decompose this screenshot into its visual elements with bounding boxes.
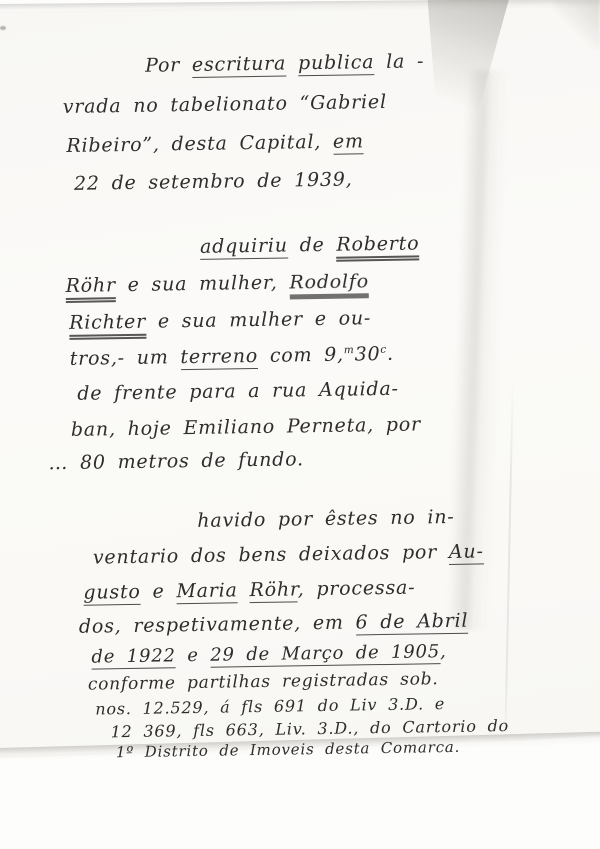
text-segment: havido por êstes no in- xyxy=(197,506,455,532)
underlined-text: publica xyxy=(298,51,375,76)
underlined-text: Rodolfo xyxy=(289,270,369,299)
text-segment: ban, hoje Emiliano Perneta, por xyxy=(71,413,421,440)
handwritten-line: 22 de setembro de 1939, xyxy=(74,165,543,210)
text-segment: Por xyxy=(145,54,192,77)
text-segment: com 9, xyxy=(258,344,344,367)
handwritten-line: havido por êstes no in- xyxy=(197,504,548,544)
underlined-text: Maria xyxy=(176,579,238,604)
text-segment: e xyxy=(176,645,211,667)
text-segment: . xyxy=(387,343,394,365)
underlined-text: adquiriu xyxy=(200,234,288,259)
text-segment: e sua mulher e ou- xyxy=(146,307,372,333)
paper-speck xyxy=(0,26,6,30)
text-segment: , xyxy=(440,641,447,662)
underlined-text: em xyxy=(333,130,364,154)
underlined-text: 29 de Março de 1905 xyxy=(210,641,440,668)
paragraph: havido por êstes no in-ventario dos bens… xyxy=(69,504,551,765)
text-segment: 30 xyxy=(354,343,380,365)
paragraph: Por escritura publica la -vrada no tabel… xyxy=(62,48,542,210)
paragraph: adquiriu de RobertoRöhr e sua mulher, Ro… xyxy=(65,230,547,480)
underlined-text: Roberto xyxy=(336,232,419,261)
text-segment: e sua mulher, xyxy=(116,271,290,296)
underlined-text: gusto xyxy=(83,581,141,606)
text-segment: de xyxy=(288,234,337,257)
text-segment: Ribeiro”, desta Capital, xyxy=(66,131,333,157)
text-segment: , processa- xyxy=(298,577,416,601)
underlined-text: Richter xyxy=(69,311,146,340)
text-segment: … 80 metros de fundo. xyxy=(48,448,304,474)
handwritten-line: adquiriu de Roberto xyxy=(200,230,544,272)
text-segment: vrada no tabelionato “Gabriel xyxy=(63,91,387,118)
underlined-text: Röhr xyxy=(65,274,116,303)
text-segment: dos, respetivamente, em xyxy=(79,611,356,637)
text-segment: m xyxy=(344,344,355,356)
underlined-text: escritura xyxy=(192,52,287,77)
text-segment: ventario dos bens deixados por xyxy=(93,541,449,569)
underlined-text: de 1922 xyxy=(91,645,176,669)
manuscript: Por escritura publica la -vrada no tabel… xyxy=(62,48,551,765)
text-segment: nos. 12.529, á fls 691 do Liv 3.D. e xyxy=(95,694,445,718)
underlined-text: 6 de Abril xyxy=(355,610,468,636)
text-segment: 22 de setembro de 1939, xyxy=(74,168,353,194)
text-segment: e xyxy=(140,580,176,603)
text-segment: conforme partilhas registradas sob. xyxy=(88,669,439,695)
underlined-text: Au- xyxy=(449,540,484,565)
text-segment: de frente para a rua Aquida- xyxy=(77,378,399,405)
handwritten-line: Por escritura publica la - xyxy=(145,48,541,94)
text-segment: la - xyxy=(374,50,424,73)
text-segment xyxy=(237,579,249,601)
text-segment: tros,- um xyxy=(70,346,181,370)
underlined-text: Röhr xyxy=(249,578,298,603)
text-segment xyxy=(286,52,298,74)
underlined-text: terreno xyxy=(180,345,258,370)
scanned-document-page: Por escritura publica la -vrada no tabel… xyxy=(0,0,600,849)
paper-corner-shade xyxy=(554,0,600,50)
